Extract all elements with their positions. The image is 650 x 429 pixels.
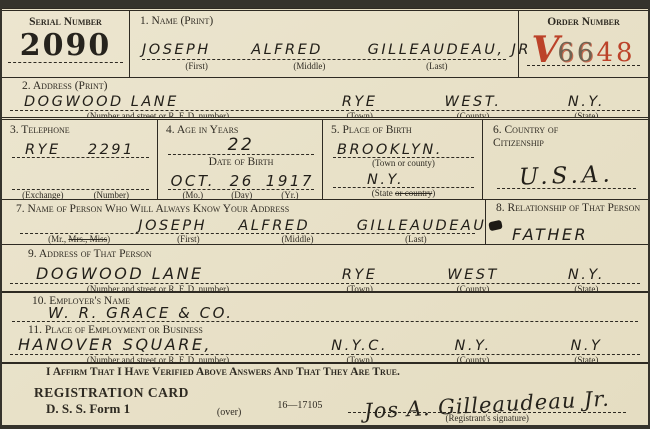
date-of-birth-sublabels: (Mo.) (Day) (Yr.)	[168, 190, 314, 200]
relationship-entry-line: FATHER	[498, 215, 644, 245]
contact-address-entry-line: DOGWOOD LANE RYE WEST N.Y.	[10, 261, 640, 284]
name-sub-middle: (Middle)	[251, 61, 367, 72]
header-row: Serial Number 2090 1. Name (Print) JOSEP…	[2, 11, 648, 78]
telephone-age-birth-citizenship-row: 3. Telephone RYE 2291 (Exchange) (Number…	[2, 120, 648, 200]
contact-address-sub-county: (County)	[413, 284, 533, 293]
citizenship-bottom-space	[491, 189, 642, 200]
order-number-label: Order Number	[519, 16, 648, 29]
print-code: 16—17105	[277, 400, 322, 426]
dob-sub-month: (Mo.)	[168, 190, 218, 200]
citizenship-value: U.S.A.	[519, 164, 615, 190]
name-sublabels: (First) (Middle) (Last)	[142, 61, 506, 72]
footer-row: REGISTRATION CARD D. S. S. Form 1 (over)…	[2, 380, 648, 426]
birth-town-value: BROOKLYN.	[333, 143, 443, 158]
contact-sub-middle: (Middle)	[238, 234, 356, 245]
contact-address-sub-street: (Number and street or R. F. D. number)	[10, 284, 306, 293]
date-of-birth-entry-line: OCT. 26 1917	[168, 169, 314, 190]
employment-entry-line: HANOVER SQUARE, N.Y.C. N.Y. N.Y	[10, 337, 640, 355]
order-number-digits-pencil: 66	[557, 42, 596, 65]
age-value: 22	[228, 137, 255, 154]
contact-sub-first: (First)	[138, 234, 238, 245]
contact-sub-title-pre: (Mr.,	[48, 234, 68, 244]
employment-street-value: HANOVER SQUARE,	[10, 337, 306, 354]
birth-sub-state-struck: or country	[395, 188, 432, 198]
citizenship-box: 6. Country of Citizenship U.S.A.	[482, 120, 648, 200]
address-state-value: N.Y.	[533, 95, 640, 111]
contact-entry-line: JOSEPH ALFRED GILLEAUDEAU	[20, 216, 475, 234]
dob-sub-year: (Yr.)	[266, 190, 314, 200]
signature-block: Jos A. Gilleaudeau Jr. (Registrant's sig…	[348, 385, 626, 426]
employment-county-value: N.Y.	[413, 339, 533, 355]
birth-sub-state: (State or country)	[331, 188, 476, 199]
place-of-birth-box: 5. Place of Birth BROOKLYN. (Town or cou…	[322, 120, 482, 200]
telephone-sublabels: (Exchange) (Number)	[12, 190, 149, 200]
contact-address-label: 9. Address of That Person	[2, 248, 648, 261]
address-sub-street: (Number and street or R. F. D. number)	[10, 111, 306, 120]
name-first-value: JOSEPH	[142, 43, 251, 60]
contact-address-state-value: N.Y.	[533, 268, 640, 284]
contact-first-value: JOSEPH	[138, 219, 238, 234]
relationship-value: FATHER	[498, 227, 588, 244]
employment-row: 11. Place of Employment or Business HANO…	[2, 322, 648, 364]
relationship-box: 8. Relationship of That Person FATHER	[485, 200, 648, 245]
citizenship-entry-line: U.S.A.	[497, 154, 636, 189]
employment-sub-state: (State)	[533, 355, 640, 364]
contact-last-text: GILLEAUDEAU	[357, 218, 487, 234]
contact-address-sub-state: (State)	[533, 284, 640, 293]
telephone-entry-line: RYE 2291	[12, 139, 149, 158]
contact-sub-last: (Last)	[357, 234, 475, 245]
address-sublabels: (Number and street or R. F. D. number) (…	[10, 111, 640, 120]
contact-sub-title: (Mr., Mrs., Miss)	[20, 234, 138, 245]
birth-sub-state-pre: (State	[372, 188, 395, 198]
order-check-mark: V	[531, 36, 559, 65]
birth-town-line: BROOKLYN.	[333, 139, 474, 158]
form-identity: REGISTRATION CARD D. S. S. Form 1	[34, 385, 189, 426]
employment-town-value: N.Y.C.	[306, 339, 413, 355]
employer-entry-line: W. R. GRACE & CO.	[12, 308, 638, 322]
date-of-birth-label: Date of Birth	[166, 156, 316, 169]
contact-address-sub-town: (Town)	[306, 284, 413, 293]
citizenship-label: 6. Country of Citizenship	[491, 124, 603, 150]
name-sub-last: (Last)	[368, 61, 506, 72]
order-number-digits-red: 48	[596, 42, 635, 65]
birth-sub-state-post: )	[432, 188, 435, 198]
address-sub-county: (County)	[413, 111, 533, 120]
age-entry-line: 22	[168, 137, 314, 155]
telephone-box: 3. Telephone RYE 2291 (Exchange) (Number…	[2, 120, 157, 200]
affirmation-statement: I Affirm That I Have Verified Above Answ…	[2, 364, 648, 380]
telephone-number-value: 2291	[74, 143, 149, 158]
dob-sub-day: (Day)	[218, 190, 266, 200]
registration-card: Serial Number 2090 1. Name (Print) JOSEP…	[2, 8, 648, 425]
contact-address-town-value: RYE	[306, 268, 413, 284]
birth-year-value: 1917	[266, 174, 314, 189]
employer-row: 10. Employer's Name W. R. GRACE & CO.	[2, 293, 648, 322]
employment-sub-street: (Number and street or R. F. D. number)	[10, 355, 306, 364]
contact-sublabels: (Mr., Mrs., Miss) (First) (Middle) (Last…	[20, 234, 475, 245]
name-label: 1. Name (Print)	[140, 15, 508, 28]
address-sub-town: (Town)	[306, 111, 413, 120]
relationship-label: 8. Relationship of That Person	[496, 202, 646, 215]
contact-address-street-value: DOGWOOD LANE	[10, 266, 306, 283]
address-entry-line: DOGWOOD LANE RYE WEST. N.Y.	[10, 93, 640, 111]
telephone-sub-number: (Number)	[74, 190, 149, 200]
contact-address-county-value: WEST	[413, 268, 533, 284]
signature-line: Jos A. Gilleaudeau Jr.	[348, 385, 626, 413]
contact-sub-title-post: )	[107, 234, 110, 244]
contact-last-value: GILLEAUDEAU	[357, 219, 475, 234]
address-town-value: RYE	[306, 95, 413, 111]
contact-relationship-row: 7. Name of Person Who Will Always Know Y…	[2, 200, 648, 245]
address-county-value: WEST.	[413, 95, 533, 111]
contact-middle-value: ALFRED	[238, 219, 356, 234]
birth-state-line: N.Y.	[333, 171, 474, 188]
name-last-value: GILLEAUDEAU, JR	[368, 43, 506, 60]
name-middle-value: ALFRED	[251, 43, 367, 60]
contact-address-row: 9. Address of That Person DOGWOOD LANE R…	[2, 245, 648, 293]
over-note: (over)	[217, 407, 241, 426]
birth-state-value: N.Y.	[333, 173, 404, 188]
name-sub-first: (First)	[142, 61, 251, 72]
birth-sub-town: (Town or county)	[331, 158, 476, 169]
telephone-exchange-value: RYE	[12, 143, 74, 158]
form-title: REGISTRATION CARD	[34, 385, 189, 401]
order-number-line: V 66 48	[527, 29, 640, 66]
serial-number-box: Serial Number 2090	[2, 11, 130, 77]
serial-number-value: 2090	[20, 28, 112, 63]
address-label: 2. Address (Print)	[2, 80, 648, 93]
employment-state-value: N.Y	[533, 339, 640, 355]
employer-value: W. R. GRACE & CO.	[12, 306, 234, 321]
name-box: 1. Name (Print) JOSEPH ALFRED GILLEAUDEA…	[130, 11, 518, 77]
age-box: 4. Age in Years 22 Date of Birth OCT. 26…	[157, 120, 322, 200]
order-number-box: Order Number V 66 48	[518, 11, 648, 77]
form-number: D. S. S. Form 1	[46, 401, 189, 417]
serial-number-line: 2090	[8, 30, 123, 63]
address-street-value: DOGWOOD LANE	[10, 95, 306, 111]
employment-sublabels: (Number and street or R. F. D. number) (…	[10, 355, 640, 364]
address-row: 2. Address (Print) DOGWOOD LANE RYE WEST…	[2, 78, 648, 120]
address-sub-state: (State)	[533, 111, 640, 120]
telephone-sub-exchange: (Exchange)	[12, 190, 74, 200]
contact-label: 7. Name of Person Who Will Always Know Y…	[16, 203, 485, 216]
place-of-birth-label: 5. Place of Birth	[331, 124, 476, 137]
contact-box: 7. Name of Person Who Will Always Know Y…	[2, 200, 485, 245]
employment-sub-town: (Town)	[306, 355, 413, 364]
birth-month-value: OCT.	[168, 174, 218, 189]
name-entry-line: JOSEPH ALFRED GILLEAUDEAU, JR	[142, 28, 506, 60]
birth-day-value: 26	[218, 174, 266, 189]
contact-address-sublabels: (Number and street or R. F. D. number) (…	[10, 284, 640, 293]
telephone-label: 3. Telephone	[10, 124, 151, 137]
employment-sub-county: (County)	[413, 355, 533, 364]
telephone-spacer	[10, 158, 151, 189]
contact-sub-title-struck: Mrs., Miss	[68, 234, 107, 244]
